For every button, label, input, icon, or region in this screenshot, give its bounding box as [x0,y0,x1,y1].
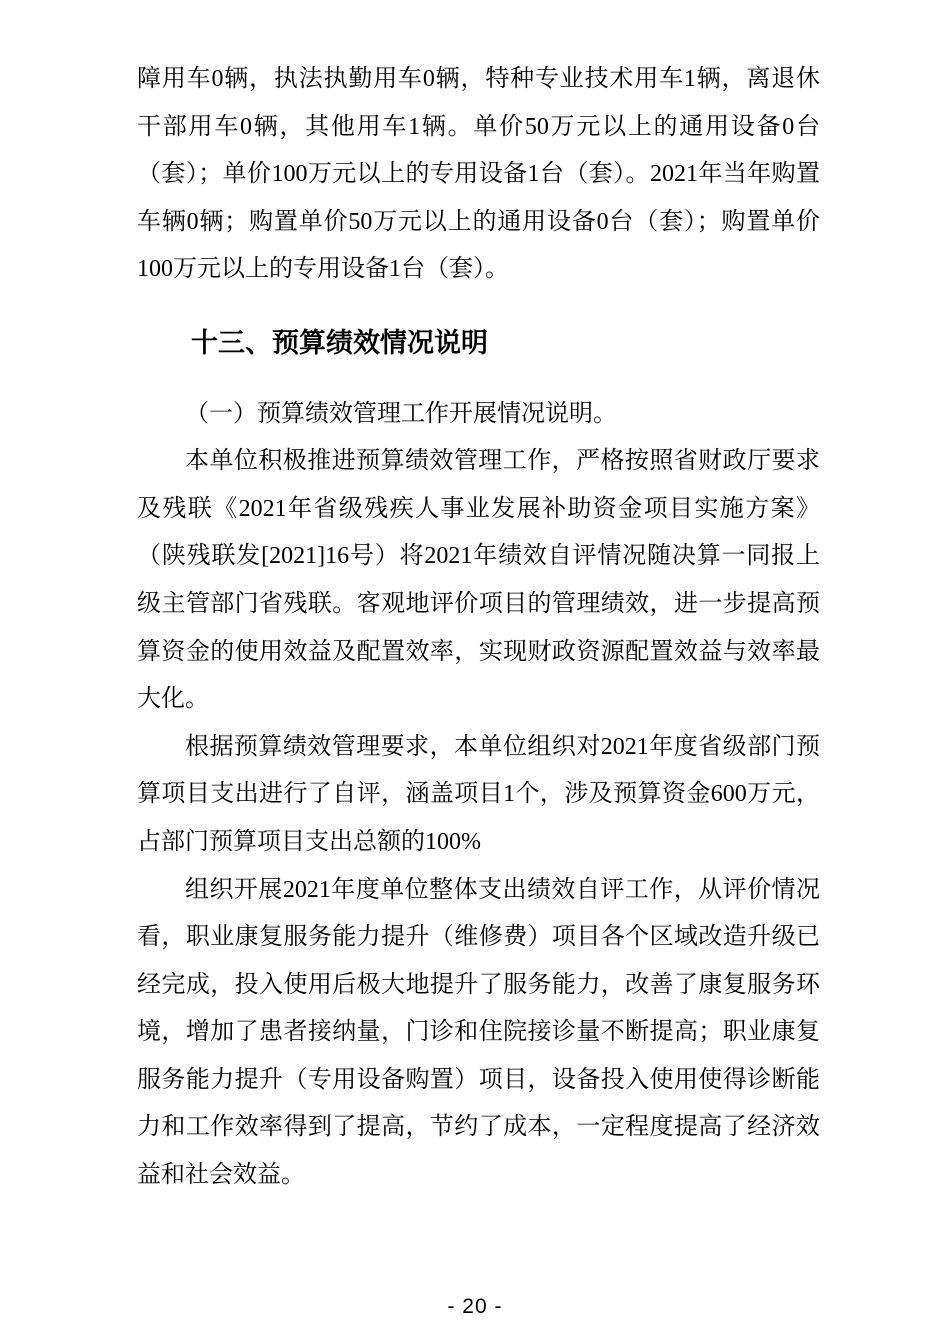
page-number: - 20 - [447,1295,502,1318]
section-heading: 十三、预算绩效情况说明 [137,320,820,368]
subsection-heading: （一）预算绩效管理工作开展情况说明。 [137,391,820,439]
document-page: 障用车0辆，执法执勤用车0辆，特种专业技术用车1辆，离退休干部用车0辆，其他用车… [0,0,950,1343]
paragraph-performance-management: 本单位积极推进预算绩效管理工作，严格按照省财政厅要求及残联《2021年省级残疾人… [137,438,820,724]
page-footer: - 20 - [0,1295,950,1319]
paragraph-overall-expenditure: 组织开展2021年度单位整体支出绩效自评工作，从评价情况看，职业康复服务能力提升… [137,867,820,1200]
paragraph-self-evaluation: 根据预算绩效管理要求，本单位组织对2021年度省级部门预算项目支出进行了自评，涵… [137,724,820,867]
paragraph-continuation: 障用车0辆，执法执勤用车0辆，特种专业技术用车1辆，离退休干部用车0辆，其他用车… [137,56,820,294]
